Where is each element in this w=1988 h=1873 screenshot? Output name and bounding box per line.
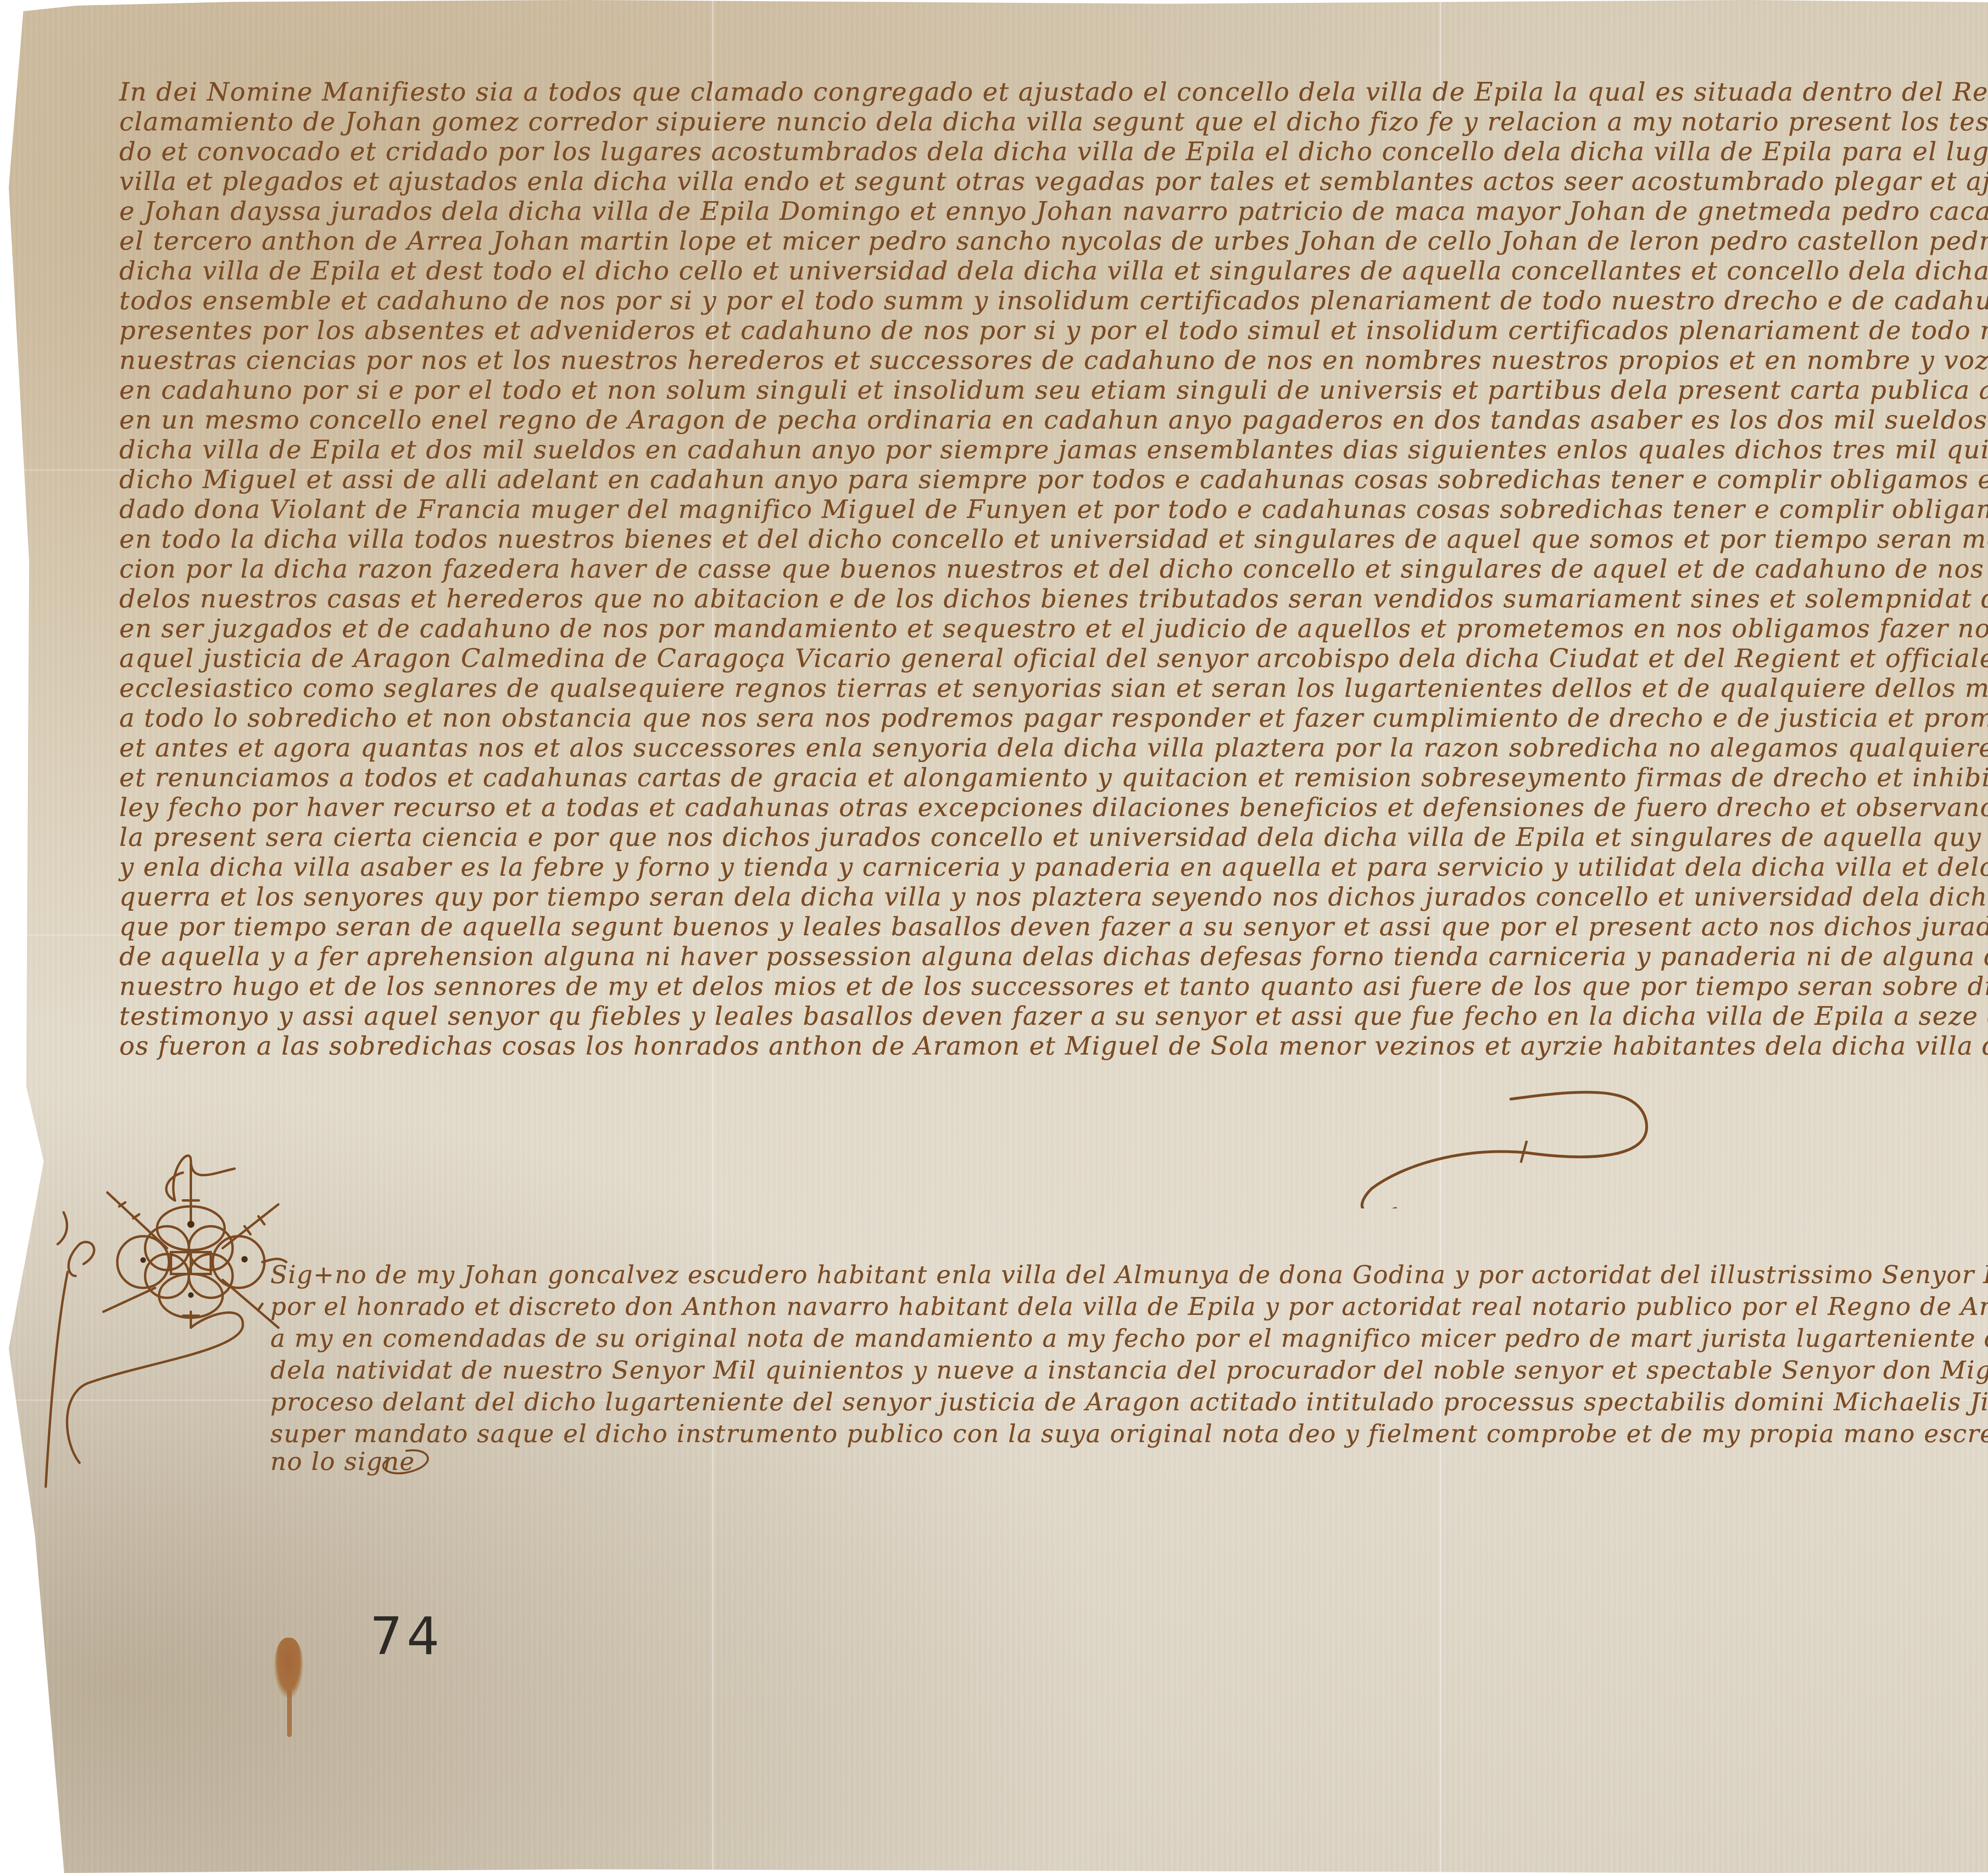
text-line: en cadahuno por si e por el todo et non … [119,376,1988,405]
signature-flourish [1304,1057,1749,1208]
text-line: en un mesmo concello enel regno de Arago… [119,405,1988,435]
text-line: dado dona Violant de Francia muger del m… [119,495,1988,524]
text-line: et renunciamos a todos et cadahunas cart… [119,763,1988,793]
text-line: clamamiento de Johan gomez corredor sipu… [119,107,1988,137]
text-line: dicha villa de Epila et dos mil sueldos … [119,435,1988,465]
subscription-line: Sig+no de my Johan goncalvez escudero ha… [270,1260,1988,1289]
text-line: de aquella y a fer aprehension alguna ni… [119,942,1988,971]
text-line: en ser juzgados et de cadahuno de nos po… [119,614,1988,644]
text-line: testimonyo y assi aquel senyor qu fieble… [119,1002,1988,1031]
text-line: e Johan dayssa jurados dela dicha villa … [119,197,1988,226]
text-line: nuestras ciencias por nos et los nuestro… [119,346,1988,375]
text-line: y enla dicha villa asaber es la febre y … [119,853,1988,882]
text-line: dicho Miguel et assi de alli adelant en … [119,465,1988,494]
text-line: nuestro hugo et de los sennores de my et… [119,972,1988,1001]
text-line: en todo la dicha villa todos nuestros bi… [119,525,1988,554]
subscription-line: dela natividat de nuestro Senyor Mil qui… [270,1355,1988,1384]
text-line: villa et plegados et ajustados enla dich… [119,167,1988,196]
text-line: todos ensemble et cadahuno de nos por si… [119,286,1988,316]
text-line: cion por la dicha razon fazedera haver d… [119,555,1988,584]
text-line: os fueron a las sobredichas cosas los ho… [119,1032,1988,1061]
subscription-line: proceso delant del dicho lugarteniente d… [270,1387,1988,1416]
wax-stain-drip [287,1689,292,1737]
text-line: la present sera cierta ciencia e por que… [119,823,1988,852]
subscription-line: por el honrado et discreto don Anthon na… [270,1292,1988,1321]
subscription-line: a my en comendadas de su original nota d… [270,1324,1988,1353]
text-line: ecclesiastico como seglares de qualsequi… [119,674,1988,703]
wax-stain [274,1638,303,1697]
text-line: el tercero anthon de Arrea Johan martin … [119,227,1988,256]
text-line: ley fecho por haver recurso et a todas e… [119,793,1988,822]
text-line: dicha villa de Epila et dest todo el dic… [119,256,1988,286]
text-line: querra et los senyores quy por tiempo se… [119,882,1988,912]
text-line: In dei Nomine Manifiesto sia a todos que… [119,78,1988,107]
text-line: que por tiempo seran de aquella segunt b… [119,912,1988,942]
text-line: do et convocado et cridado por los lugar… [119,137,1988,167]
text-line: aquel justicia de Aragon Calmedina de Ca… [119,644,1988,673]
text-line: et antes et agora quantas nos et alos su… [119,733,1988,763]
text-line: delos nuestros casas et herederos que no… [119,584,1988,614]
text-line: a todo lo sobredicho et non obstancia qu… [119,704,1988,733]
archive-annotation: 74 [370,1606,443,1666]
closing-flourish [239,1443,477,1475]
text-line: presentes por los absentes et advenidero… [119,316,1988,345]
subscription-line: super mandato saque el dicho instrumento… [270,1419,1988,1448]
